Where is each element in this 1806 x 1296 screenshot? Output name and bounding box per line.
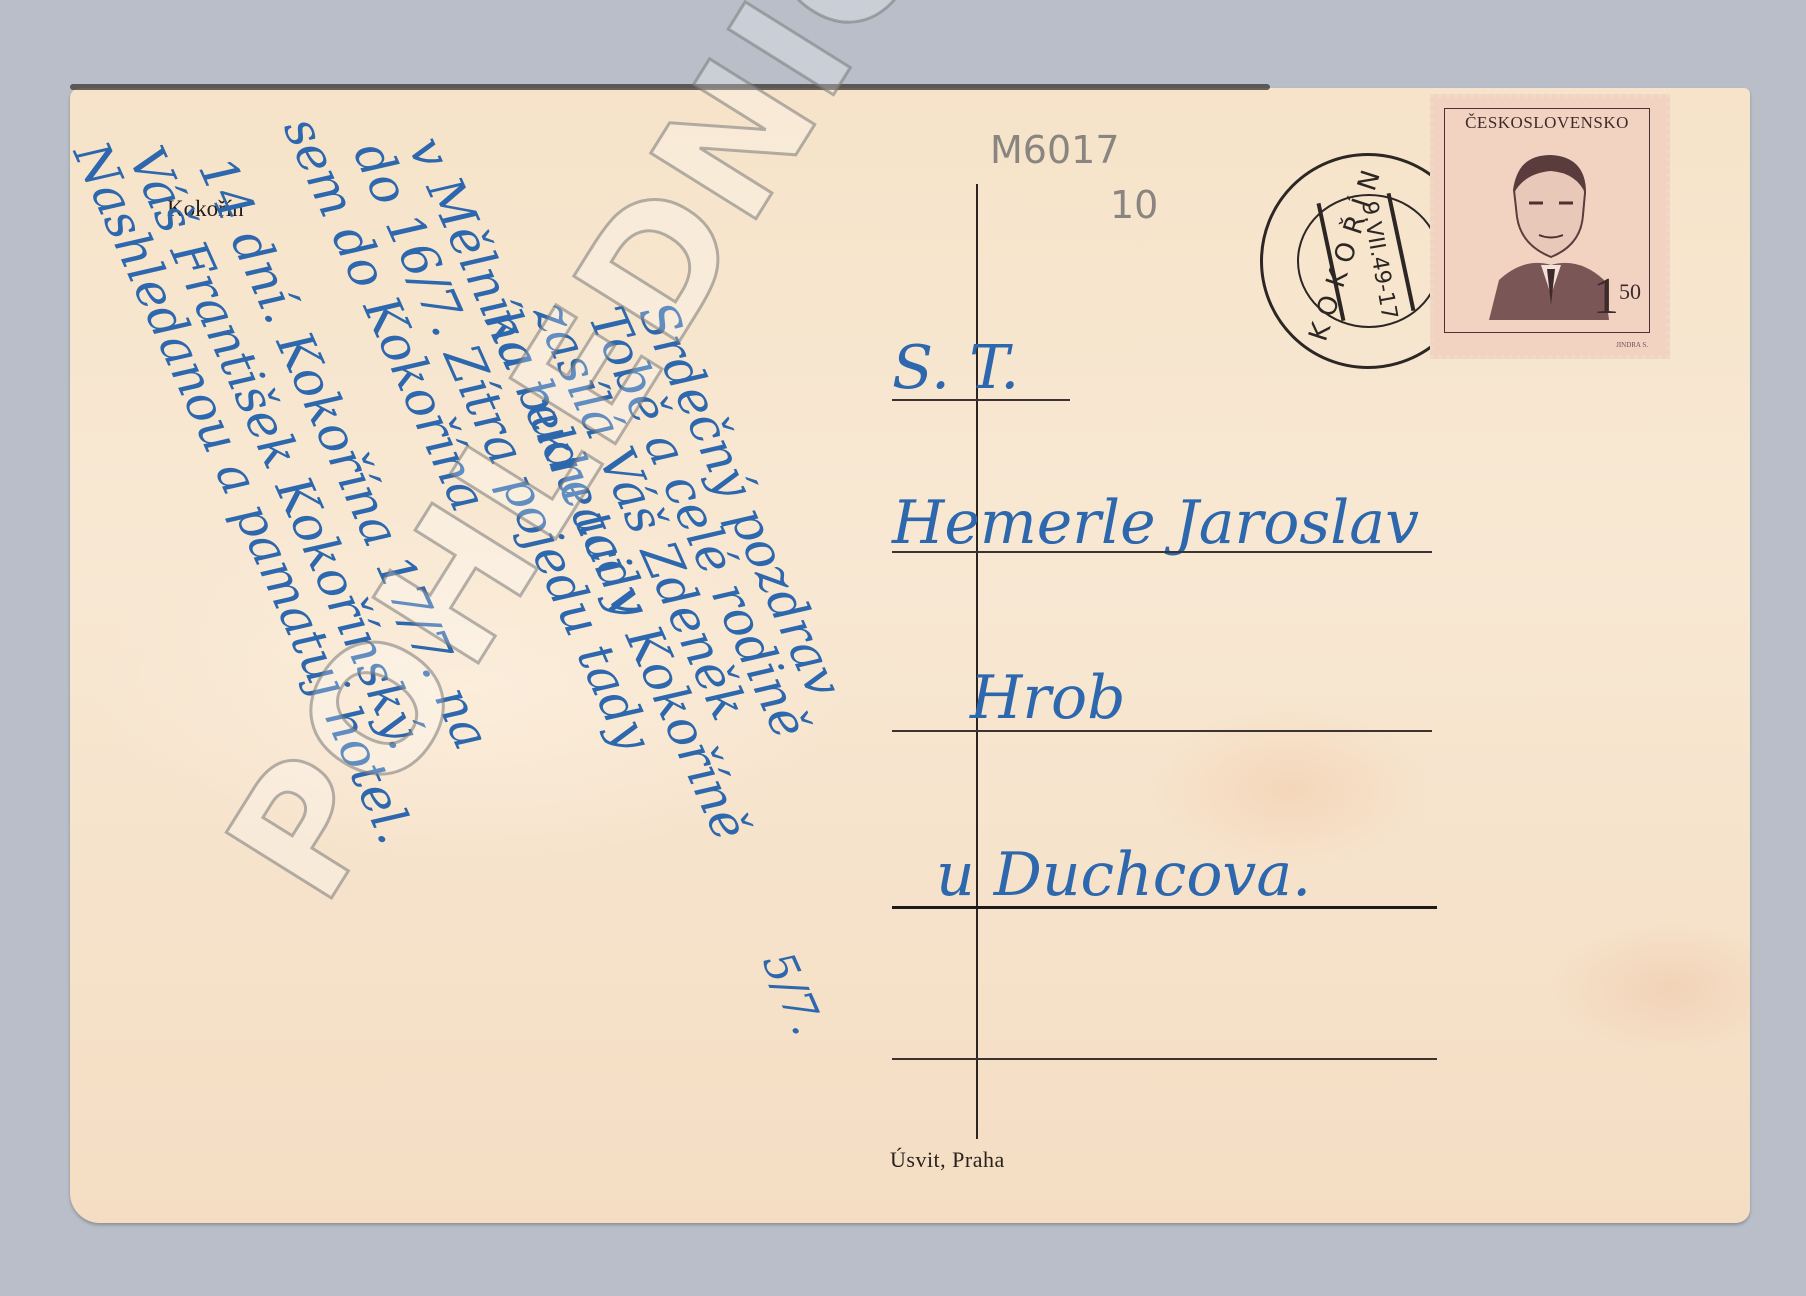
publisher-imprint: Úsvit, Praha xyxy=(890,1147,1005,1173)
stamp-country: ČESKOSLOVENSKO xyxy=(1449,113,1645,133)
postcard-title: Kokořín xyxy=(167,196,244,222)
postcard: Kokořín Úsvit, Praha Srdečný pozdrav Tob… xyxy=(70,88,1750,1223)
postmark-town-text: KOKOŘÍN xyxy=(1303,157,1389,344)
address-rule xyxy=(892,551,1432,553)
center-divider xyxy=(976,184,978,1139)
address-line-3: Hrob xyxy=(970,663,1126,733)
stamp-value-main: 1 xyxy=(1593,268,1619,325)
address-rule xyxy=(892,730,1432,732)
stamp-engraver: JINDRA S. xyxy=(1616,341,1648,349)
stamp-frame: ČESKOSLOVENSKO 150 xyxy=(1444,108,1650,333)
stamp-value-fraction: 50 xyxy=(1619,279,1641,304)
address-line-4: u Duchcova. xyxy=(936,840,1311,910)
address-rule xyxy=(892,906,1437,909)
address-rule xyxy=(892,399,1070,401)
pencil-number: 10 xyxy=(1110,183,1158,227)
postage-stamp: ČESKOSLOVENSKO 150 JINDRA S. xyxy=(1430,94,1670,359)
watermark: POHLEDNICE.GIASH xyxy=(190,0,1392,933)
address-line-1: S. T. xyxy=(892,333,1019,403)
stamp-value: 150 xyxy=(1593,267,1641,326)
message-date: 5/7. xyxy=(752,944,833,1042)
address-rule xyxy=(892,1058,1437,1060)
pencil-code: M6017 xyxy=(990,128,1120,172)
address-line-2: Hemerle Jaroslav xyxy=(892,488,1419,558)
portrait-icon xyxy=(1489,145,1609,320)
